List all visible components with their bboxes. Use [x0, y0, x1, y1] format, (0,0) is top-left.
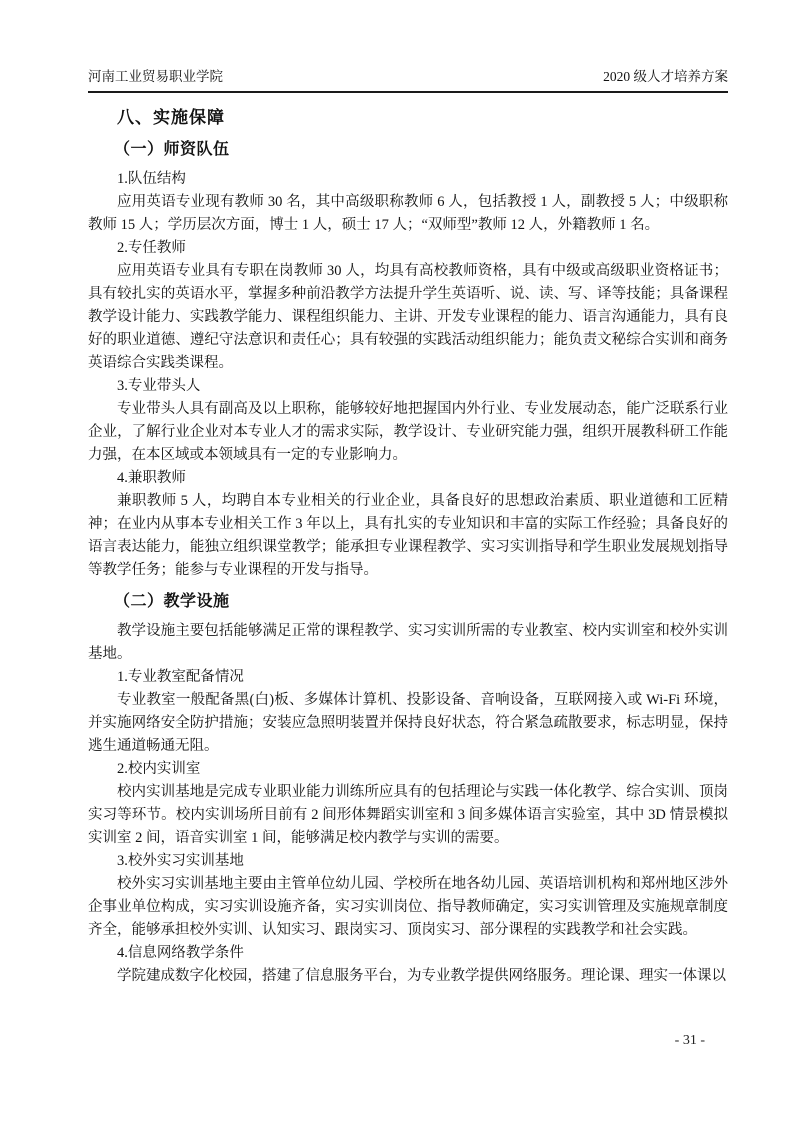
- paragraph-fulltime-teachers: 应用英语专业具有专职在岗教师 30 人，均具有高校教师资格，具有中级或高级职业资…: [88, 260, 728, 375]
- document-page: 河南工业贸易职业学院 2020 级人才培养方案 八、实施保障 （一）师资队伍 1…: [0, 0, 793, 1122]
- paragraph-parttime-teachers: 兼职教师 5 人，均聘自本专业相关的行业企业，具备良好的思想政治素质、职业道德和…: [88, 490, 728, 582]
- numbered-heading-oncampus-training: 2.校内实训室: [88, 758, 728, 781]
- document-body: 八、实施保障 （一）师资队伍 1.队伍结构 应用英语专业现有教师 30 名，其中…: [88, 93, 728, 988]
- numbered-heading-network-conditions: 4.信息网络教学条件: [88, 942, 728, 965]
- paragraph-team-structure: 应用英语专业现有教师 30 名，其中高级职称教师 6 人，包括教授 1 人，副教…: [88, 191, 728, 237]
- page-number: - 31 -: [675, 1032, 705, 1050]
- subsection-title-faculty: （一）师资队伍: [114, 138, 728, 162]
- header-school-name: 河南工业贸易职业学院: [88, 68, 223, 86]
- paragraph-program-leader: 专业带头人具有副高及以上职称，能够较好地把握国内外行业、专业发展动态，能广泛联系…: [88, 398, 728, 467]
- numbered-heading-program-leader: 3.专业带头人: [88, 375, 728, 398]
- numbered-heading-offcampus-bases: 3.校外实习实训基地: [88, 850, 728, 873]
- subsection-title-facilities: （二）教学设施: [114, 590, 728, 614]
- numbered-heading-parttime-teachers: 4.兼职教师: [88, 467, 728, 490]
- paragraph-classrooms: 专业教室一般配备黑(白)板、多媒体计算机、投影设备、音响设备，互联网接入或 Wi…: [88, 689, 728, 758]
- paragraph-network-conditions: 学院建成数字化校园，搭建了信息服务平台，为专业教学提供网络服务。理论课、理实一体…: [88, 965, 728, 988]
- paragraph-offcampus-bases: 校外实习实训基地主要由主管单位幼儿园、学校所在地各幼儿园、英语培训机构和郑州地区…: [88, 873, 728, 942]
- numbered-heading-fulltime-teachers: 2.专任教师: [88, 237, 728, 260]
- paragraph-facilities-intro: 教学设施主要包括能够满足正常的课程教学、实习实训所需的专业教室、校内实训室和校外…: [88, 620, 728, 666]
- section-title: 八、实施保障: [117, 106, 728, 130]
- numbered-heading-classrooms: 1.专业教室配备情况: [88, 666, 728, 689]
- paragraph-oncampus-training: 校内实训基地是完成专业职业能力训练所应具有的包括理论与实践一体化教学、综合实训、…: [88, 781, 728, 850]
- numbered-heading-team-structure: 1.队伍结构: [88, 168, 728, 191]
- page-header: 河南工业贸易职业学院 2020 级人才培养方案: [88, 68, 728, 93]
- header-doc-title: 2020 级人才培养方案: [603, 68, 728, 86]
